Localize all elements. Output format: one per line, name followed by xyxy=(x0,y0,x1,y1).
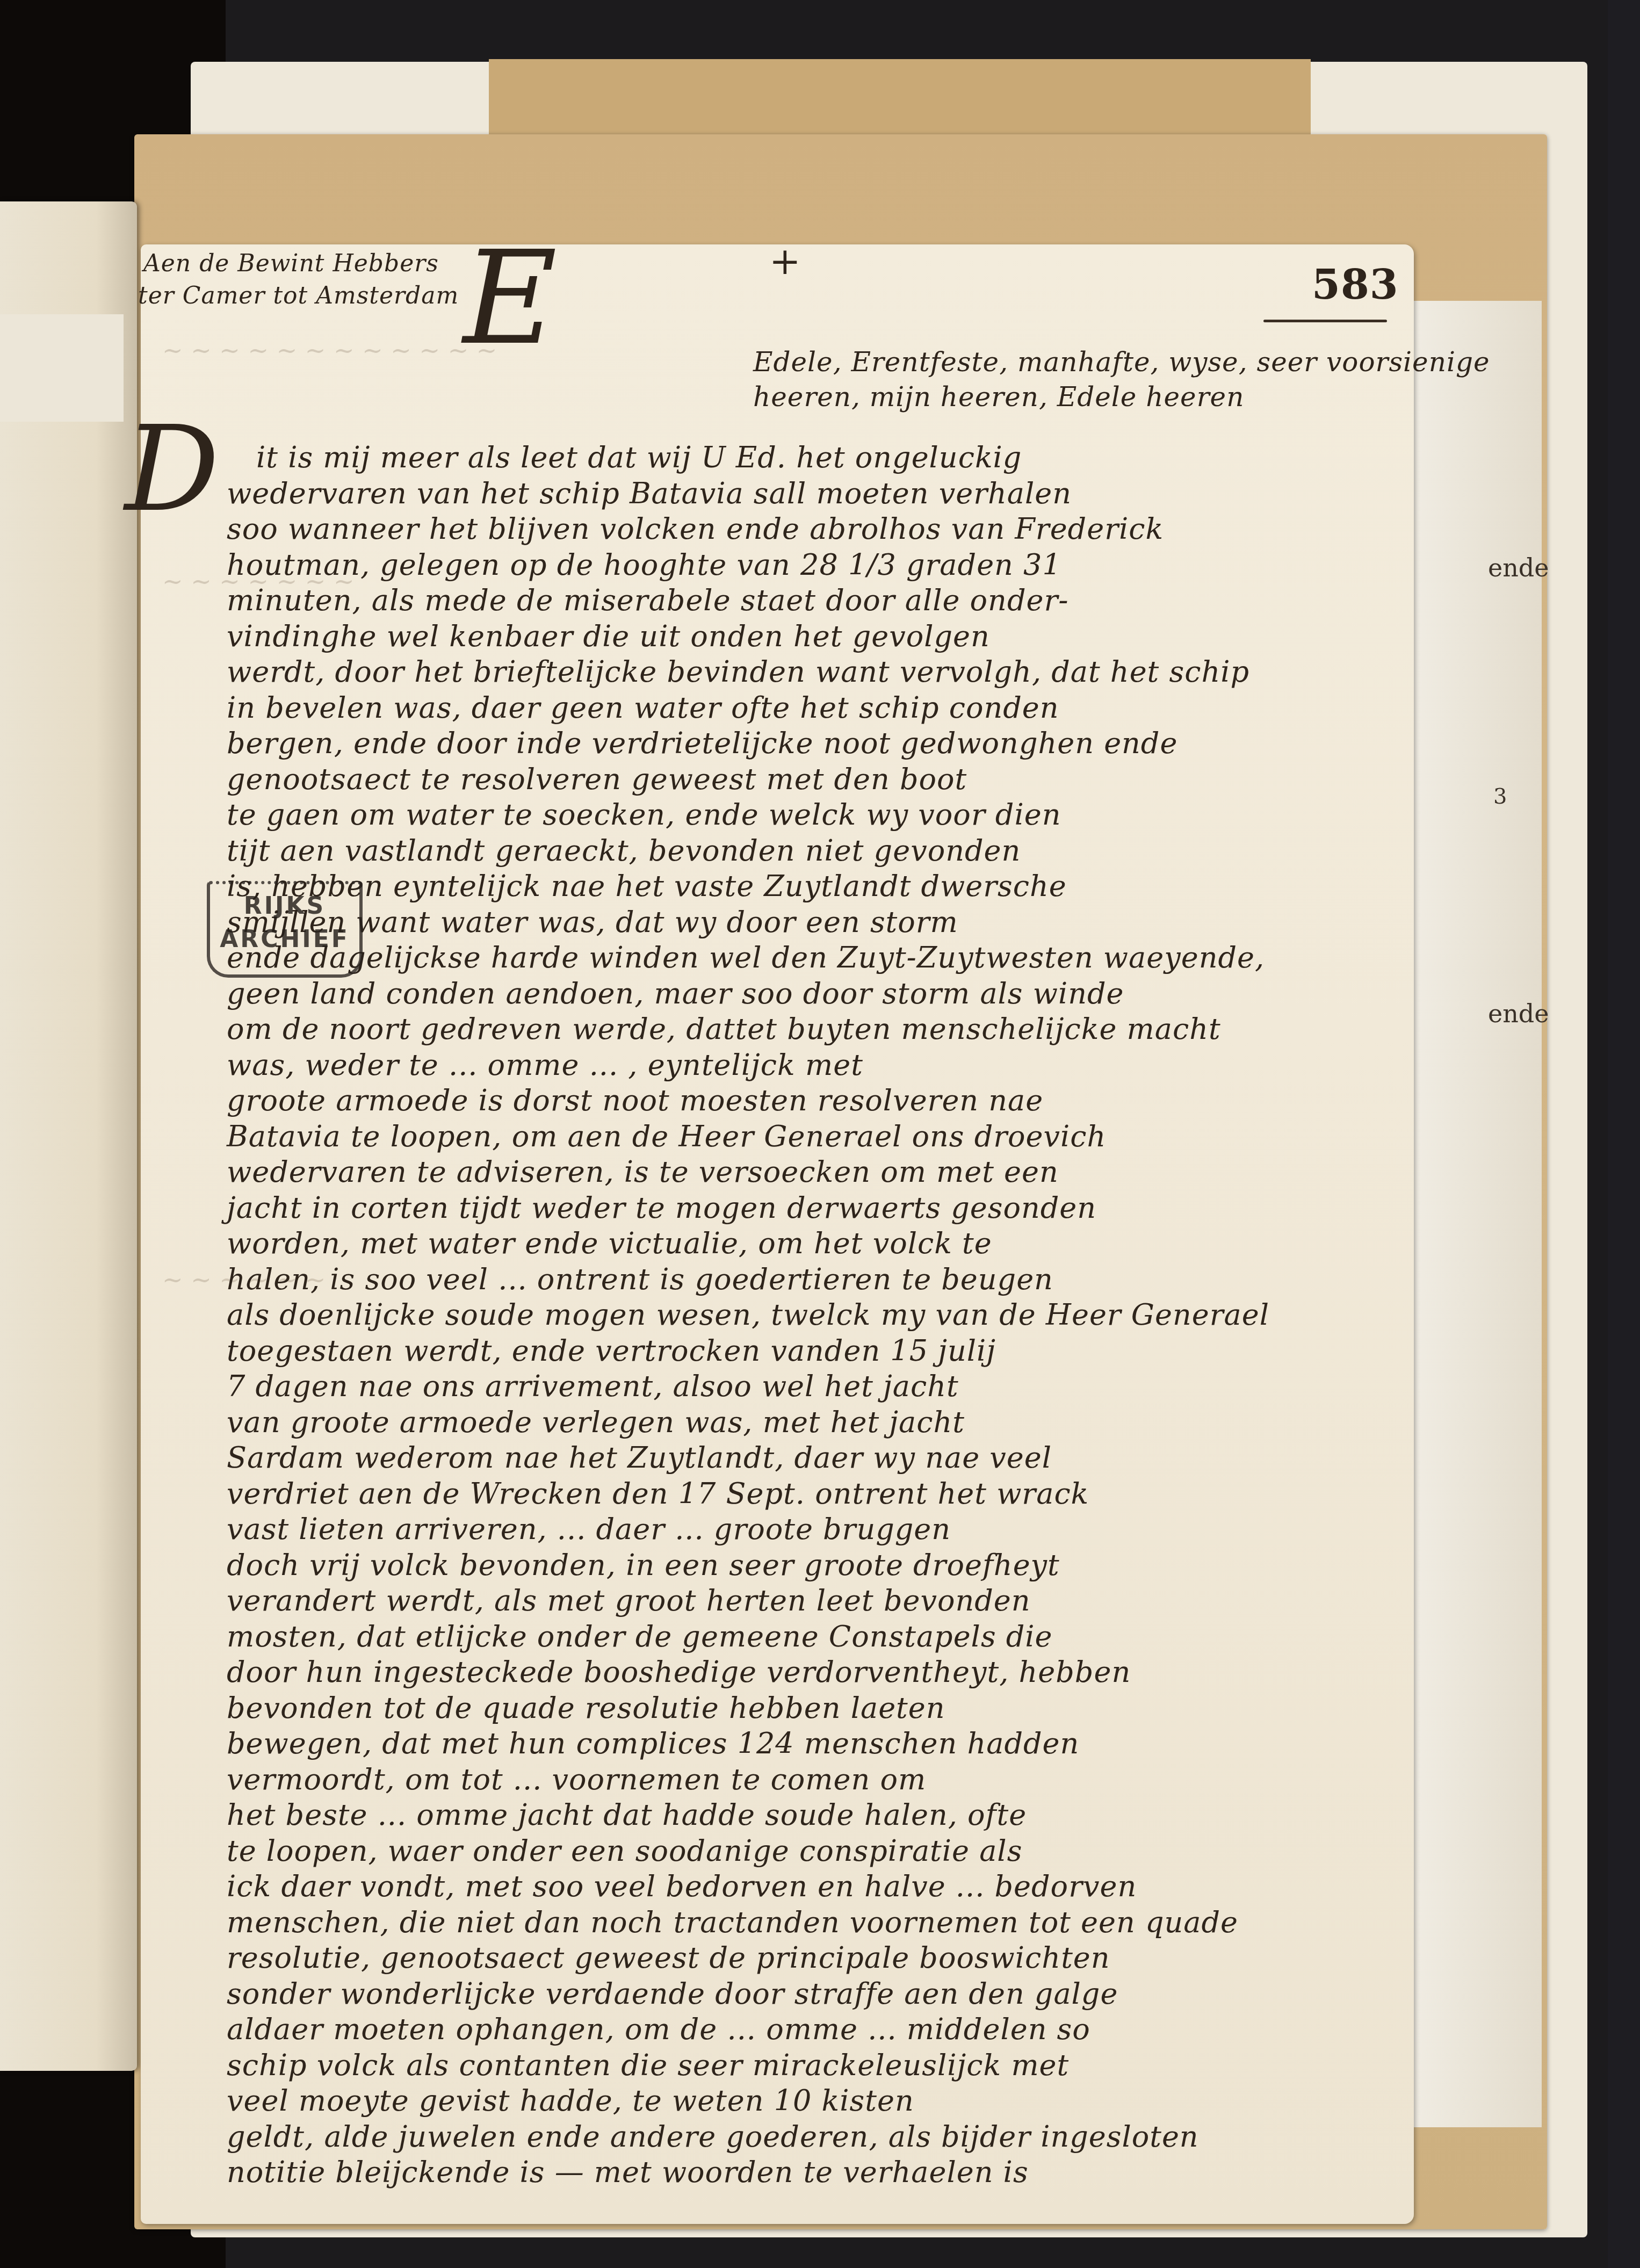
manuscript-line: vindinghe wel kenbaer die uit onden het … xyxy=(227,619,990,653)
manuscript-line: Sardam wederom nae het Zuytlandt, daer w… xyxy=(227,1441,1052,1475)
manuscript-line: bergen, ende door inde verdrietelijcke n… xyxy=(227,726,1177,760)
heading-flourish: E xyxy=(463,223,557,373)
manuscript-line: aldaer moeten ophangen, om de ... omme .… xyxy=(227,2012,1090,2046)
manuscript-line: ende dagelijckse harde winden wel den Zu… xyxy=(227,941,1265,974)
sheet-fragment-text: ende xyxy=(1488,553,1549,582)
manuscript-line: ick daer vondt, met soo veel bedorven en… xyxy=(227,1869,1137,1903)
facing-page-fold xyxy=(0,314,124,422)
manuscript-line: jacht in corten tijdt weder te mogen der… xyxy=(227,1191,1096,1225)
manuscript-line: toegestaen werdt, ende vertrocken vanden… xyxy=(227,1334,996,1368)
salutation-line: heeren, mijn heeren, Edele heeren xyxy=(753,381,1244,413)
manuscript-line: notitie bleijckende is — met woorden te … xyxy=(227,2155,1029,2189)
manuscript-line: Batavia te loopen, om aen de Heer Genera… xyxy=(227,1119,1106,1153)
salutation-line: Edele, Erentfeste, manhafte, wyse, seer … xyxy=(753,346,1490,378)
manuscript-line: wedervaren te adviseren, is te versoecke… xyxy=(227,1155,1059,1189)
margin-note-line: ter Camer tot Amsterdam xyxy=(138,282,459,309)
manuscript-line: verandert werdt, als met groot herten le… xyxy=(227,1584,1031,1617)
manuscript-line: in bevelen was, daer geen water ofte het… xyxy=(227,691,1059,725)
manuscript-line: genootsaect te resolveren geweest met de… xyxy=(227,762,967,796)
manuscript-line: wedervaren van het schip Batavia sall mo… xyxy=(227,476,1072,510)
stacked-loose-sheets: ende 3 ende xyxy=(1407,301,1542,2127)
stamp-line: RIJKS xyxy=(210,890,359,923)
manuscript-line: bevonden tot de quade resolutie hebben l… xyxy=(227,1691,945,1725)
manuscript-line: door hun ingesteckede booshedige verdorv… xyxy=(227,1655,1131,1689)
manuscript-line: soo wanneer het blijven volcken ende abr… xyxy=(227,512,1164,546)
manuscript-line: tijt aen vastlandt geraeckt, bevonden ni… xyxy=(227,834,1021,868)
folio-underline xyxy=(1263,320,1387,322)
manuscript-line: worden, met water ende victualie, om het… xyxy=(227,1226,992,1260)
manuscript-line: sonder wonderlijcke verdaende door straf… xyxy=(227,1977,1118,2011)
manuscript-line: schip volck als contanten die seer mirac… xyxy=(227,2048,1069,2082)
manuscript-line: bewegen, dat met hun complices 124 mensc… xyxy=(227,1727,1079,1760)
manuscript-line: het beste ... omme jacht dat hadde soude… xyxy=(227,1798,1027,1832)
manuscript-line: veel moeyte gevist hadde, te weten 10 ki… xyxy=(227,2084,914,2118)
manuscript-line: vast lieten arriveren, ... daer ... groo… xyxy=(227,1512,951,1546)
sheet-fragment-text: 3 xyxy=(1493,784,1507,809)
sheet-fragment-text: ende xyxy=(1488,999,1549,1028)
manuscript-line: vermoordt, om tot ... voornemen te comen… xyxy=(227,1763,926,1796)
manuscript-line: resolutie, genootsaect geweest de princi… xyxy=(227,1941,1110,1975)
margin-note-line: Aen de Bewint Hebbers xyxy=(143,250,439,277)
manuscript-line: geen land conden aendoen, maer soo door … xyxy=(227,977,1124,1010)
manuscript-line: menschen, die niet dan noch tractanden v… xyxy=(227,1905,1238,1939)
manuscript-line: was, weder te ... omme ... , eyntelijck … xyxy=(227,1048,863,1082)
manuscript-line: verdriet aen de Wrecken den 17 Sept. ont… xyxy=(227,1477,1089,1511)
bleed-through-text: ~ ~ ~ ~ ~ ~ ~ ~ ~ ~ ~ ~ xyxy=(162,336,497,365)
manuscript-line: mosten, dat etlijcke onder de gemeene Co… xyxy=(227,1620,1053,1653)
archive-stamp: RIJKS ARCHIEF xyxy=(207,881,363,978)
manuscript-line: houtman, gelegen op de hooghte van 28 1/… xyxy=(227,548,1061,582)
manuscript-line: om de noort gedreven werde, dattet buyte… xyxy=(227,1012,1221,1046)
manuscript-line: geldt, alde juwelen ende andere goederen… xyxy=(227,2120,1199,2154)
manuscript-line: it is mij meer als leet dat wij U Ed. he… xyxy=(256,440,1022,474)
manuscript-line: doch vrij volck bevonden, in een seer gr… xyxy=(227,1548,1060,1582)
folio-number: 583 xyxy=(1312,261,1399,308)
manuscript-page: ~ ~ ~ ~ ~ ~ ~ ~ ~ ~ ~ ~ ~ ~ ~ ~ ~ ~ ~ ~ … xyxy=(141,244,1414,2224)
manuscript-line: te loopen, waer onder een soodanige cons… xyxy=(227,1834,1022,1868)
manuscript-line: als doenlijcke soude mogen wesen, twelck… xyxy=(227,1298,1269,1332)
stamp-line: ARCHIEF xyxy=(210,923,359,956)
top-cross-mark: + xyxy=(769,239,801,283)
facing-page-edge xyxy=(0,201,137,2071)
manuscript-line: groote armoede is dorst noot moesten res… xyxy=(227,1084,1043,1117)
manuscript-line: 7 dagen nae ons arrivement, alsoo wel he… xyxy=(227,1369,959,1403)
manuscript-line: van groote armoede verlegen was, met het… xyxy=(227,1405,965,1439)
manuscript-line: te gaen om water te soecken, ende welck … xyxy=(227,798,1061,832)
manuscript-line: werdt, door het brieftelijcke bevinden w… xyxy=(227,655,1249,689)
scan-backdrop-right xyxy=(1608,0,1640,2268)
manuscript-line: minuten, als mede de miserabele staet do… xyxy=(227,583,1068,617)
manuscript-line: halen, is soo veel ... ontrent is goeder… xyxy=(227,1262,1053,1296)
drop-initial-letter: D xyxy=(125,400,219,538)
